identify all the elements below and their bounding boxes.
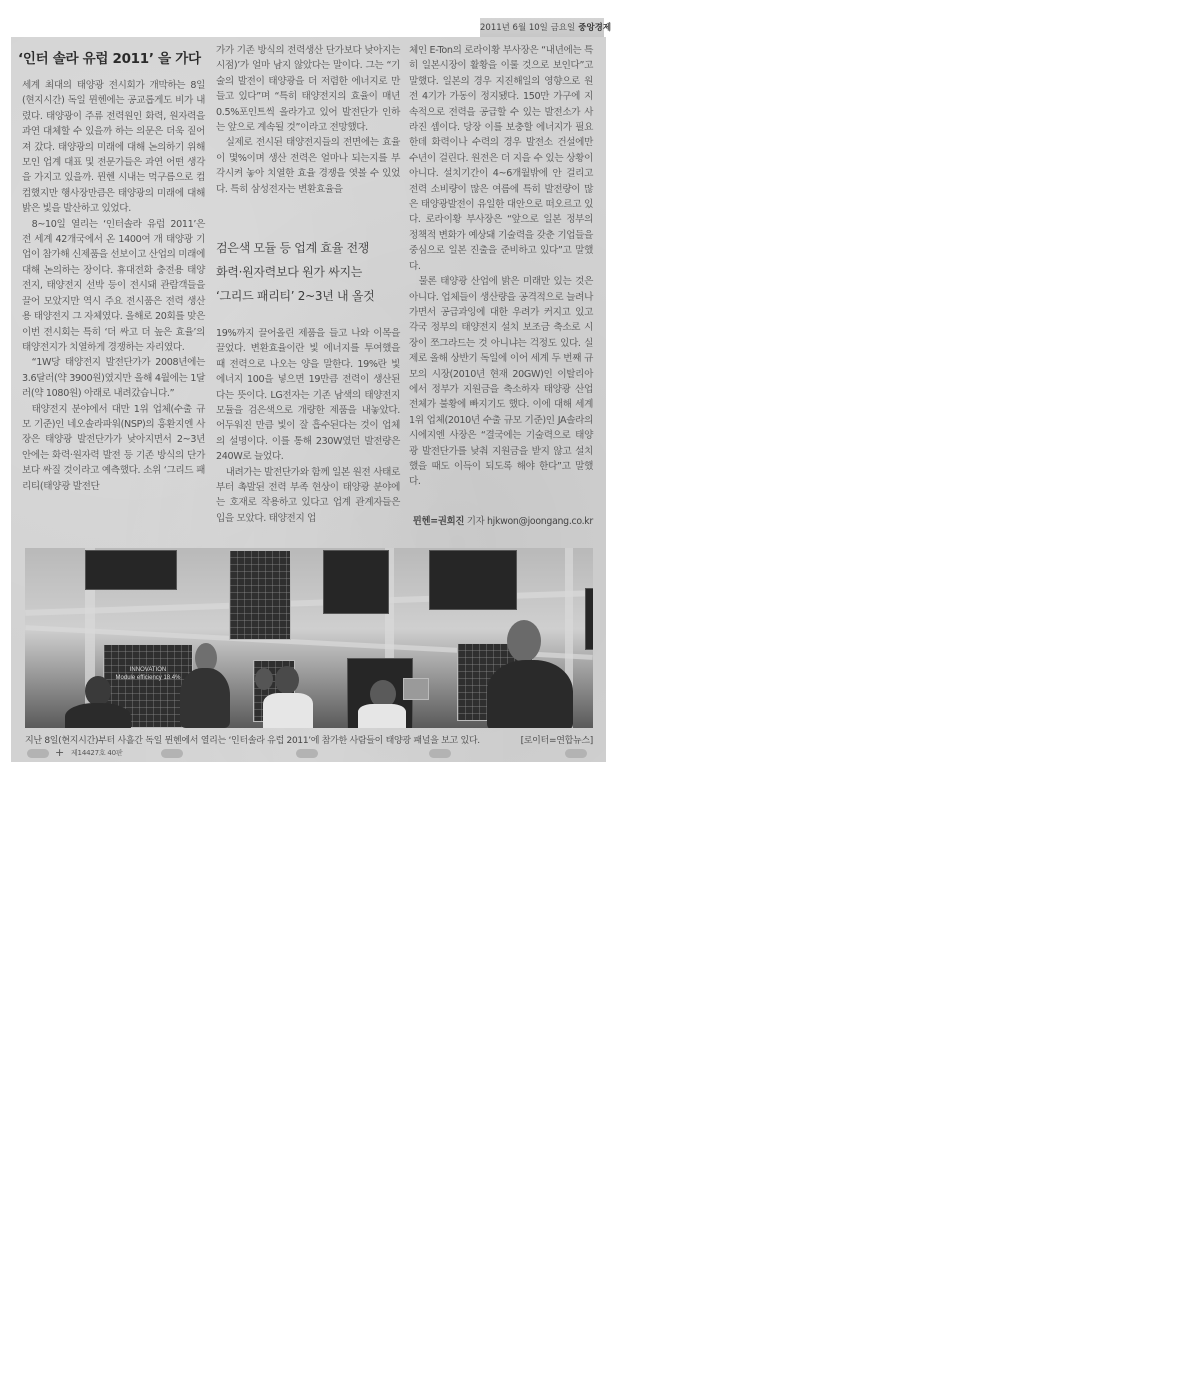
solar-panel xyxy=(429,550,517,610)
photo-credit: [로이터=연합뉴스] xyxy=(521,733,593,746)
date-text: 2011년 6월 10일 금요일 xyxy=(480,23,575,33)
person-head xyxy=(275,666,299,694)
column-1: 세계 최대의 태양광 전시회가 개막하는 8일(현지시간) 독일 뮌헨에는 공교… xyxy=(22,78,205,494)
paragraph: 19%까지 끌어올린 제품을 들고 나와 이목을 끌었다. 변환효율이란 빛 에… xyxy=(216,326,400,465)
paragraph: 태양전지 분야에서 대만 1위 업체(수출 규모 기준)인 네오솔라파워(NSP… xyxy=(22,402,205,494)
person-head xyxy=(255,668,273,690)
byline: 뮌헨=권희진 기자 hjkwon@joongang.co.kr xyxy=(409,513,593,527)
page-footer: + 제14427호 40판 xyxy=(25,748,593,760)
registration-mark xyxy=(565,749,587,758)
panel-text: INNOVATION xyxy=(104,667,192,674)
monitor xyxy=(403,678,429,700)
person-head xyxy=(85,676,111,706)
article-headline: ‘인터 솔라 유럽 2011’ 을 가다 xyxy=(18,47,201,67)
paragraph: “1W당 태양전지 발전단가가 2008년에는 3.6달러(약 3900원)였지… xyxy=(22,355,205,401)
paragraph: 내려가는 발전단가와 함께 일본 원전 사태로부터 촉발된 전력 부족 현상이 … xyxy=(216,465,400,527)
dateline: 2011년 6월 10일 금요일중앙경제 xyxy=(480,18,604,38)
reporter-email: hjkwon@joongang.co.kr xyxy=(487,516,593,527)
column-2-top: 가가 기존 방식의 전력생산 단가보다 낮아지는 시점)’가 얼마 남지 않았다… xyxy=(216,43,400,197)
solar-panel xyxy=(323,550,389,614)
caption-text: 지난 8일(현지시간)부터 사흘간 독일 뮌헨에서 열리는 ‘인터솔라 유럽 2… xyxy=(25,736,480,746)
panel-text: Module efficiency 18.4% xyxy=(104,675,192,682)
newspaper-clipping: ‘인터 솔라 유럽 2011’ 을 가다 세계 최대의 태양광 전시회가 개막하… xyxy=(11,37,606,762)
solar-panel xyxy=(85,550,177,590)
registration-mark xyxy=(161,749,183,758)
subheadline-line: ‘그리드 패리티’ 2~3년 내 올것 xyxy=(216,284,406,308)
issue-number: 제14427호 40판 xyxy=(71,748,123,758)
solar-panel xyxy=(585,588,593,650)
person-head xyxy=(507,620,541,662)
person-shirt xyxy=(358,704,406,728)
paragraph: 세계 최대의 태양광 전시회가 개막하는 8일(현지시간) 독일 뮌헨에는 공교… xyxy=(22,78,205,217)
paper-name: 중앙경제 xyxy=(578,23,611,33)
subheadline-line: 화력·원자력보다 원가 싸지는 xyxy=(216,260,406,284)
subheadline-line: 검은색 모듈 등 업계 효율 전쟁 xyxy=(216,236,406,260)
person xyxy=(65,703,131,728)
registration-mark xyxy=(27,749,49,758)
reporter-name: 뮌헨=권희진 xyxy=(413,516,464,527)
registration-mark xyxy=(296,749,318,758)
reporter-title: 기자 xyxy=(467,516,485,527)
paragraph: 가가 기존 방식의 전력생산 단가보다 낮아지는 시점)’가 얼마 남지 않았다… xyxy=(216,43,400,135)
subheadline: 검은색 모듈 등 업계 효율 전쟁 화력·원자력보다 원가 싸지는 ‘그리드 패… xyxy=(216,236,406,308)
person xyxy=(487,660,573,728)
person xyxy=(180,668,230,728)
registration-mark xyxy=(429,749,451,758)
person-shirt xyxy=(263,693,313,728)
paragraph: 8~10일 열리는 ‘인터솔라 유럽 2011’은 전 세계 42개국에서 온 … xyxy=(22,217,205,356)
column-3: 체인 E-Ton의 로라이황 부사장은 “내년에는 특히 일본시장이 활황을 이… xyxy=(409,43,593,490)
paragraph: 물론 태양광 산업에 밝은 미래만 있는 것은 아니다. 업체들이 생산량을 공… xyxy=(409,274,593,490)
paragraph: 체인 E-Ton의 로라이황 부사장은 “내년에는 특히 일본시장이 활황을 이… xyxy=(409,43,593,274)
photo-caption: 지난 8일(현지시간)부터 사흘간 독일 뮌헨에서 열리는 ‘인터솔라 유럽 2… xyxy=(25,733,593,746)
article-photo: INNOVATION Module efficiency 18.4% xyxy=(25,548,593,728)
solar-panel xyxy=(229,550,291,640)
column-2-bottom: 19%까지 끌어올린 제품을 들고 나와 이목을 끌었다. 변환효율이란 빛 에… xyxy=(216,326,400,526)
paragraph: 실제로 전시된 태양전지들의 전면에는 효율이 몇%이며 생산 전력은 얼마나 … xyxy=(216,135,400,197)
crop-mark: + xyxy=(55,746,64,759)
